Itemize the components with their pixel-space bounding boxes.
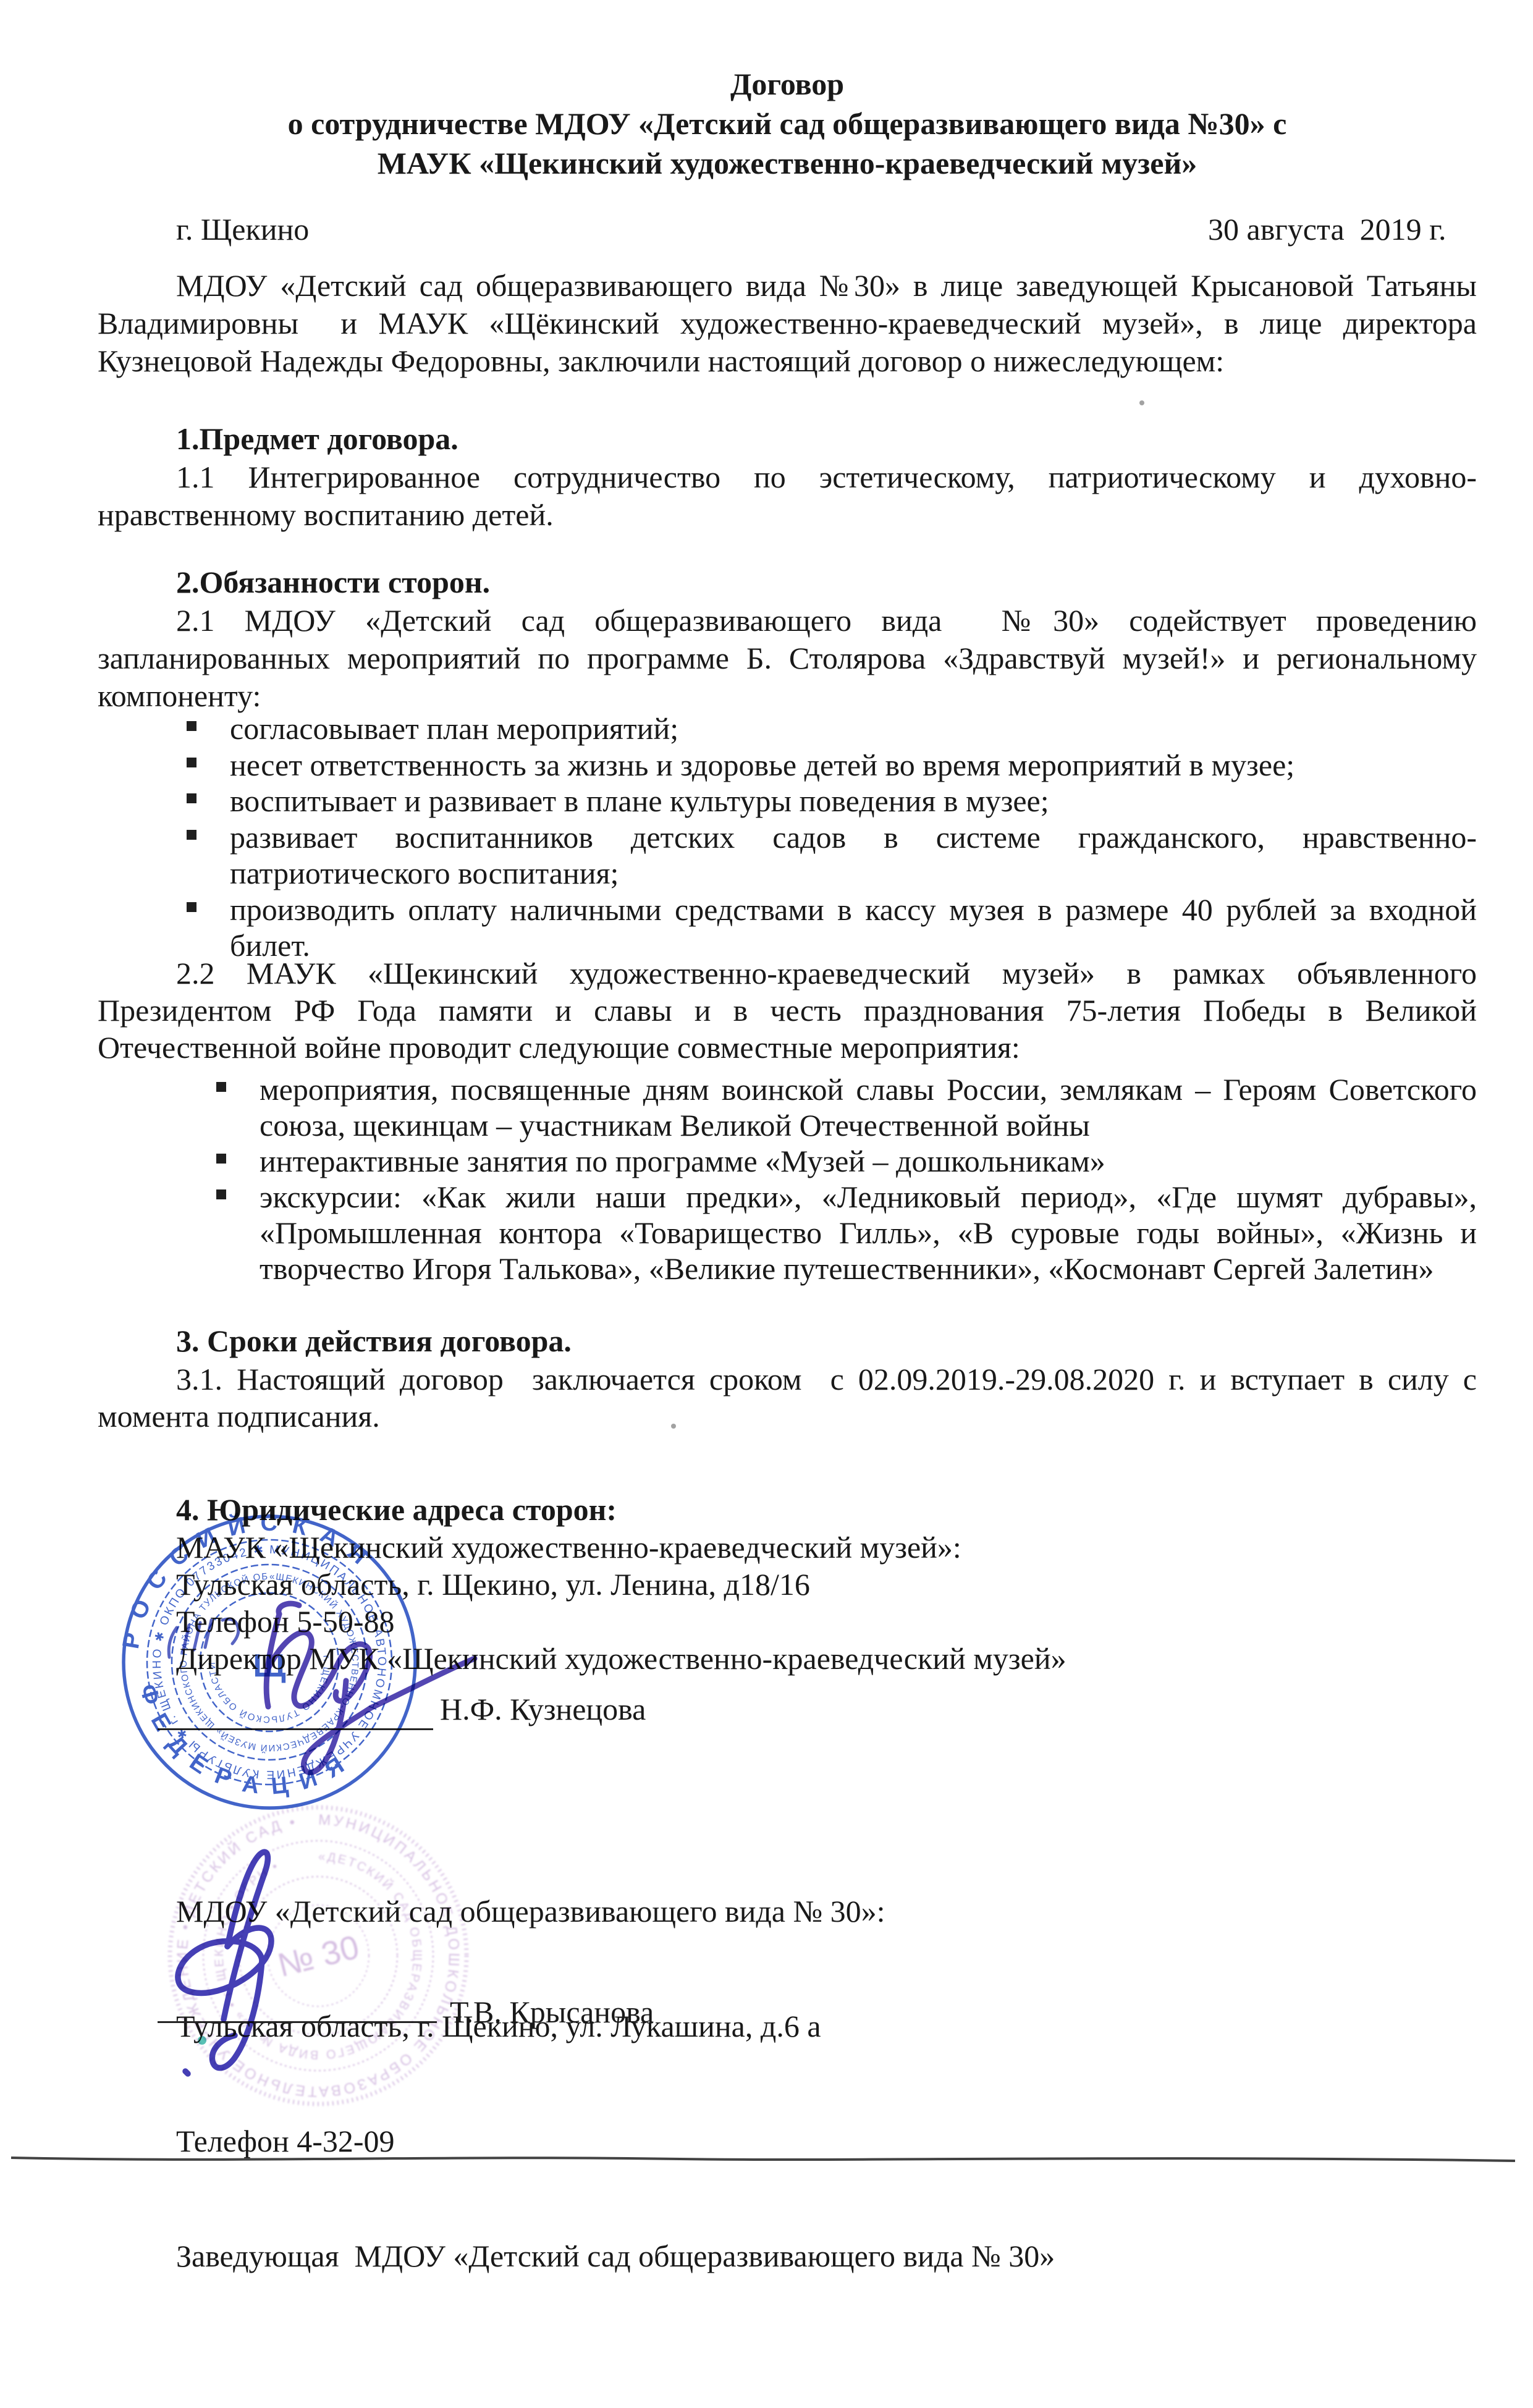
obligations-list-mauk: мероприятия, посвященные дням воинской с… — [98, 1071, 1477, 1286]
list-item: интерактивные занятия по программе «Музе… — [98, 1143, 1477, 1179]
section-2-paragraph-21: 2.1 МДОУ «Детский сад общеразвивающего в… — [98, 602, 1477, 715]
list-item: воспитывает и развивает в плане культуры… — [98, 783, 1477, 819]
document-date: 30 августа 2019 г. — [1208, 211, 1446, 248]
blue-round-stamp: Р О С С И Й С К А Я Ф Е Д Е Р А Ц И Я МУ… — [118, 1511, 421, 1814]
scan-speck — [1139, 400, 1144, 405]
list-item: согласовывает план мероприятий; — [98, 711, 1477, 747]
title-line-3: МАУК «Щекинский художественно-краеведчес… — [98, 143, 1477, 183]
signer-name-krysanova: Т.В. Крысанова — [450, 1993, 654, 2031]
list-item: несет ответственность за жизнь и здоровь… — [98, 747, 1477, 784]
mdou-head: Заведующая МДОУ «Детский сад общеразвива… — [176, 2237, 1055, 2275]
intro-paragraph: МДОУ «Детский сад общеразвивающего вида … — [98, 267, 1477, 380]
document-city: г. Щекино — [176, 211, 309, 248]
signer-name-kuznetsova: Н.Ф. Кузнецова — [440, 1691, 646, 1728]
document-title: Договор о сотрудничестве МДОУ «Детский с… — [98, 64, 1477, 183]
list-item: экскурсии: «Как жили наши предки», «Ледн… — [98, 1179, 1477, 1286]
section-1-paragraph: 1.1 Интегрированное сотрудничество по эс… — [98, 458, 1477, 534]
section-1-heading: 1.Предмет договора. — [176, 420, 458, 458]
list-item: производить оплату наличными средствами … — [98, 892, 1477, 964]
section-2-paragraph-22: 2.2 МАУК «Щекинский художественно-краеве… — [98, 955, 1477, 1066]
title-line-1: Договор — [98, 64, 1477, 104]
section-3-heading: 3. Сроки действия договора. — [176, 1322, 572, 1360]
blue-stamp-center-letter: Щ — [253, 1648, 286, 1684]
title-line-2: о сотрудничестве МДОУ «Детский сад общер… — [98, 104, 1477, 143]
purple-round-stamp: МУНИЦИПАЛЬНОЕ ДОШКОЛЬНОЕ ОБРАЗОВАТЕЛЬНОЕ… — [162, 1799, 475, 2112]
section-3-paragraph: 3.1. Настоящий договор заключается сроко… — [98, 1361, 1477, 1435]
obligations-list-mdou: согласовывает план мероприятий; несет от… — [98, 711, 1477, 964]
list-item: развивает воспитанников детских садов в … — [98, 819, 1477, 892]
mdou-phone: Телефон 4-32-09 — [176, 2122, 1055, 2160]
scanned-contract-page: Договор о сотрудничестве МДОУ «Детский с… — [0, 0, 1533, 2408]
purple-stamp-center-number: № 30 — [274, 1929, 363, 1984]
list-item: мероприятия, посвященные дням воинской с… — [98, 1071, 1477, 1143]
section-2-heading: 2.Обязанности сторон. — [176, 564, 490, 601]
